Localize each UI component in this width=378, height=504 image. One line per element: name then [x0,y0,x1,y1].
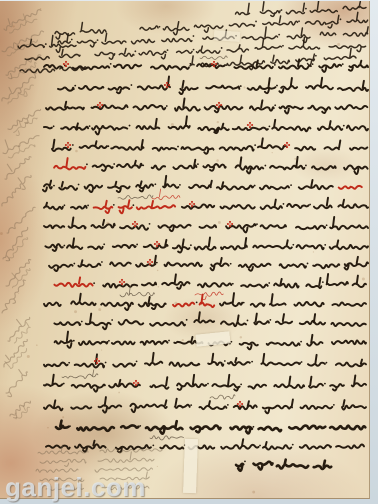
manuscript-page [0,1,370,499]
handwriting-layer [0,1,369,498]
manuscript-photo: ganjei.com [0,0,378,504]
repair-tape-patch [183,439,198,493]
repair-tape-patch [214,30,241,42]
watermark: ganjei.com [5,472,146,503]
